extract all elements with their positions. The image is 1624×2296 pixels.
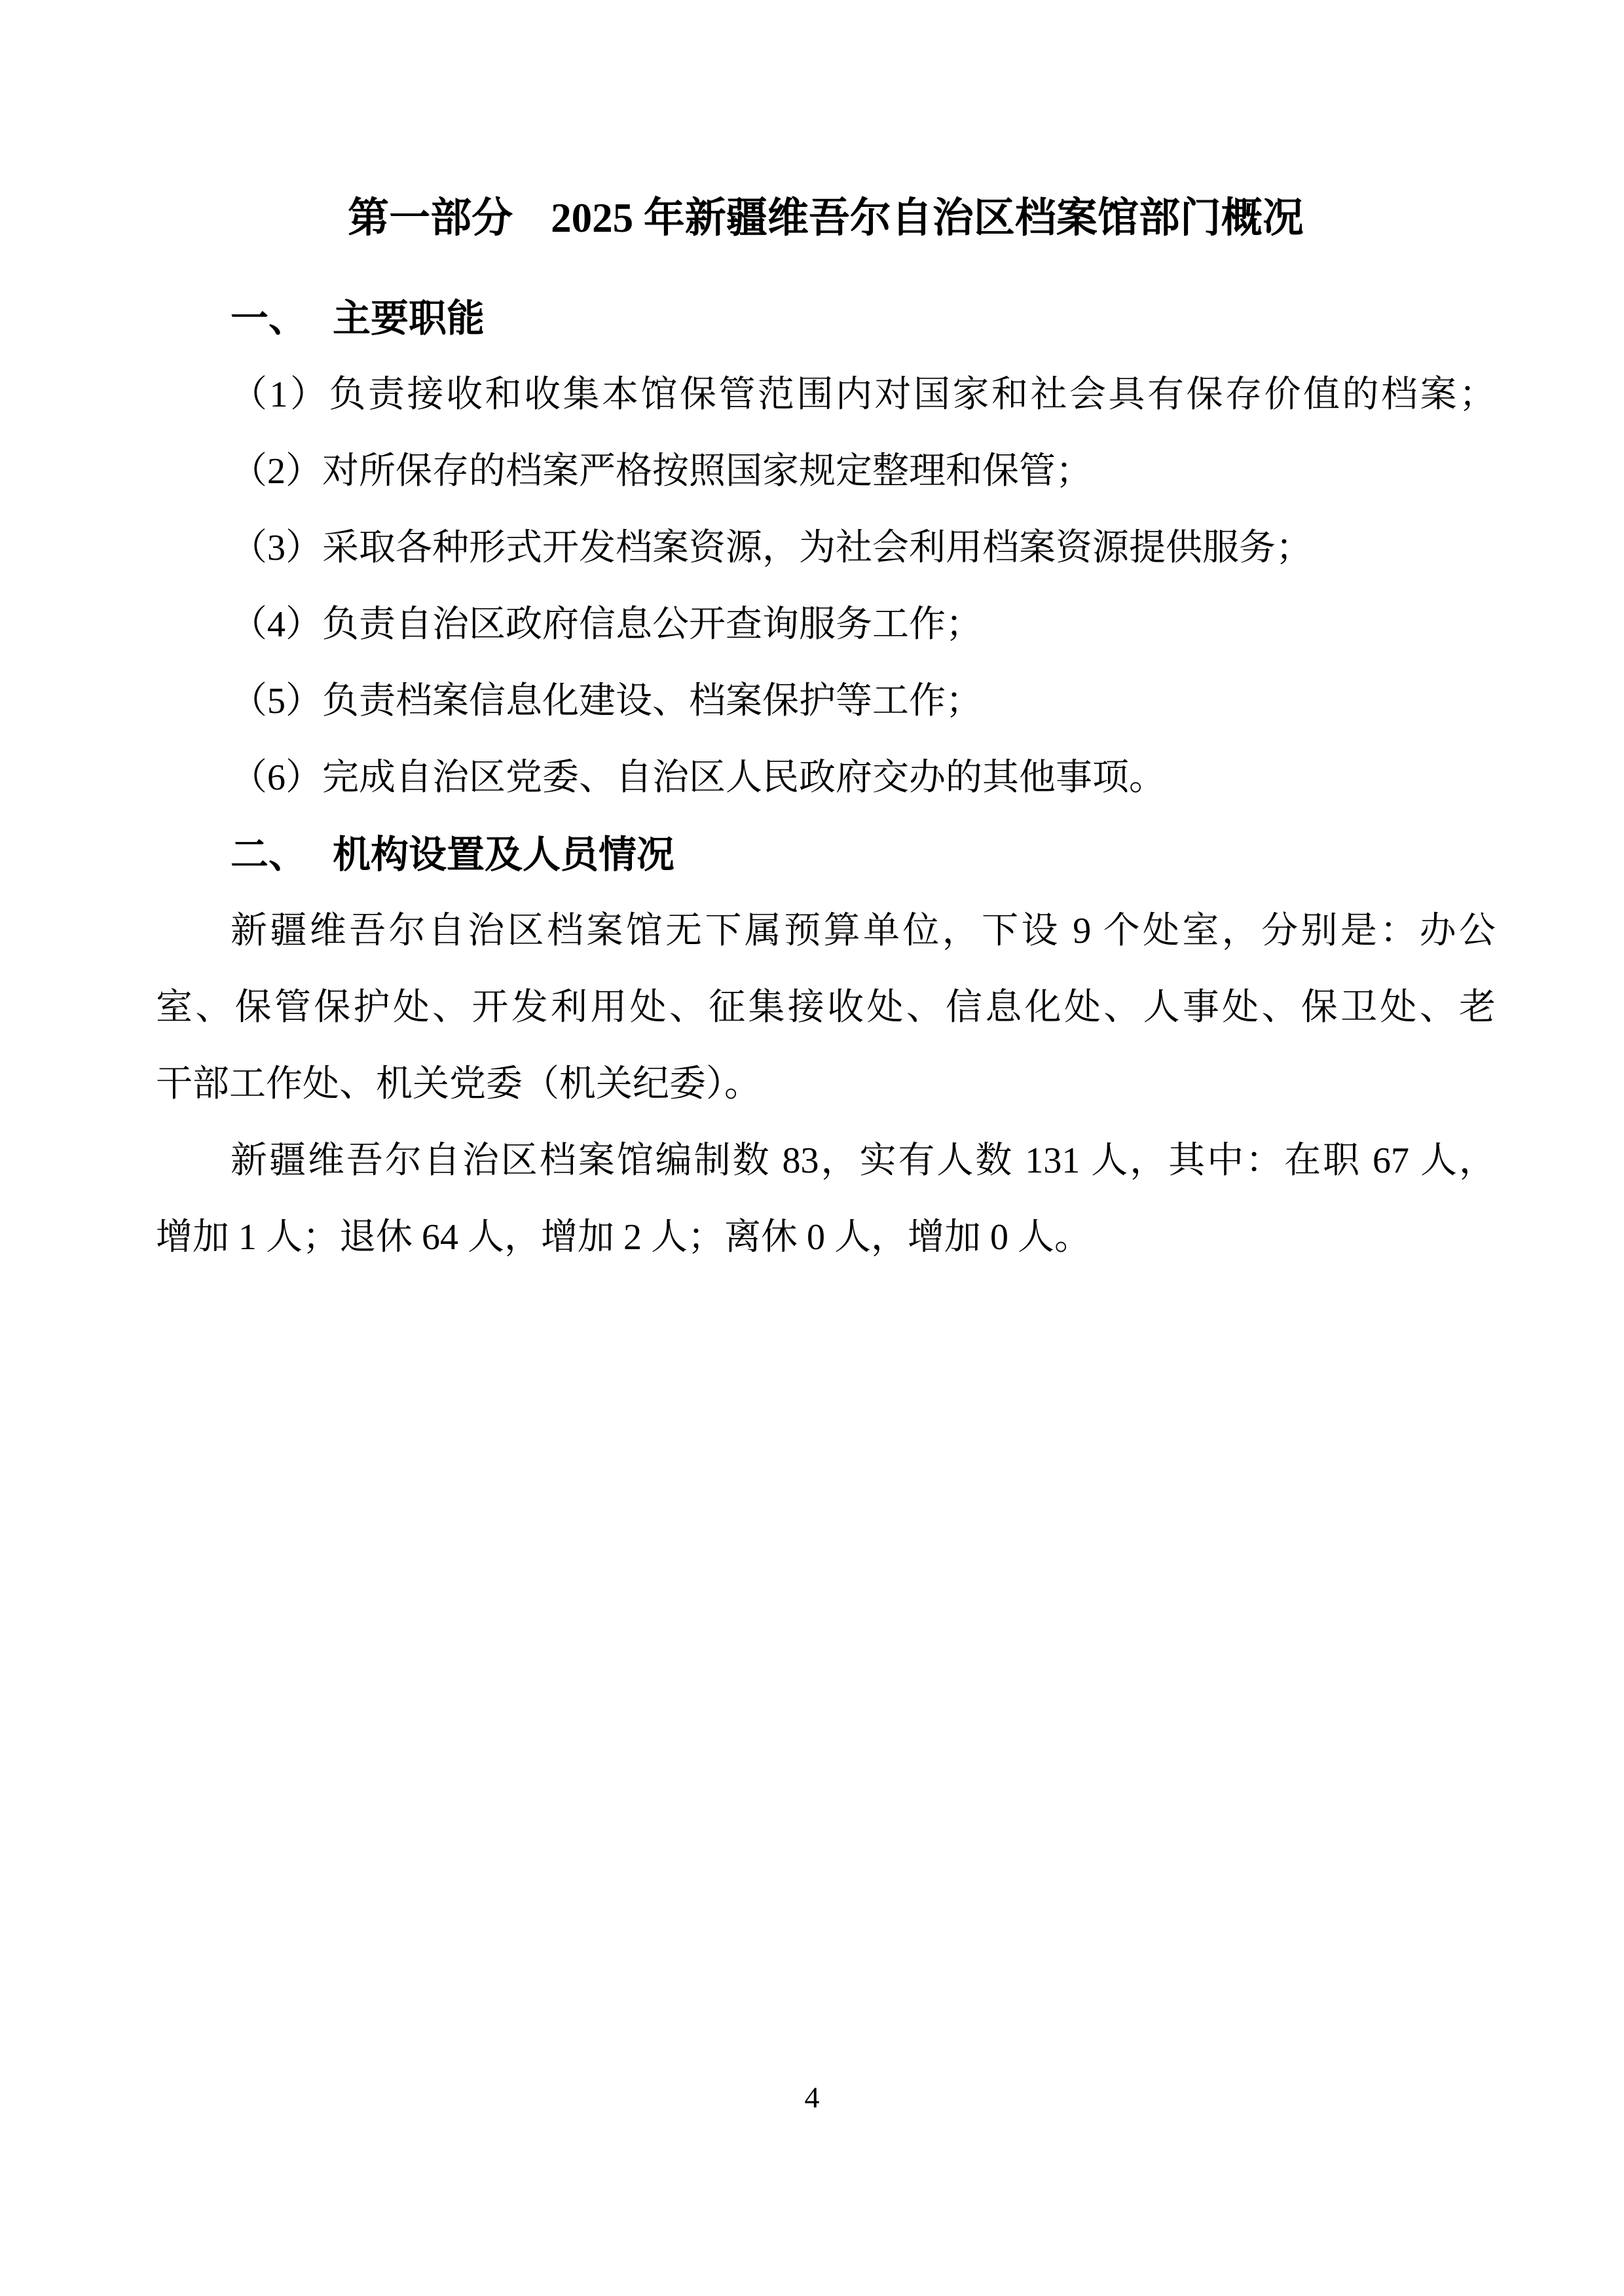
function-item-4: （4）负责自治区政府信息公开查询服务工作； — [156, 587, 1496, 663]
document-title: 第一部分2025 年新疆维吾尔自治区档案馆部门概况 — [156, 180, 1496, 257]
function-item-6: （6）完成自治区党委、自治区人民政府交办的其他事项。 — [156, 740, 1496, 816]
org-paragraph-line-2: 室、保管保护处、开发利用处、征集接收处、信息化处、人事处、保卫处、老 — [156, 970, 1496, 1046]
function-item-3: （3）采取各种形式开发档案资源，为社会利用档案资源提供服务； — [156, 510, 1496, 587]
section-2-title: 机构设置及人员情况 — [333, 833, 674, 876]
section-1-title: 主要职能 — [333, 297, 485, 340]
section-1-number: 一、 — [231, 297, 306, 340]
section-2-heading: 二、机构设置及人员情况 — [156, 816, 1496, 893]
title-main-text: 2025 年新疆维吾尔自治区档案馆部门概况 — [551, 195, 1304, 241]
org-paragraph-line-3: 干部工作处、机关党委（机关纪委）。 — [156, 1046, 1496, 1123]
page-footer: 4 — [0, 2074, 1624, 2121]
function-item-5: （5）负责档案信息化建设、档案保护等工作； — [156, 663, 1496, 740]
section-1-heading: 一、主要职能 — [156, 280, 1496, 357]
document-body: 一、主要职能 （1）负责接收和收集本馆保管范围内对国家和社会具有保存价值的档案；… — [156, 280, 1496, 1276]
staff-paragraph-line-1: 新疆维吾尔自治区档案馆编制数 83，实有人数 131 人，其中：在职 67 人， — [156, 1123, 1496, 1199]
section-2-number: 二、 — [231, 833, 306, 876]
org-paragraph-line-1: 新疆维吾尔自治区档案馆无下属预算单位，下设 9 个处室，分别是：办公 — [156, 893, 1496, 970]
title-part-label: 第一部分 — [348, 195, 513, 241]
staff-paragraph-line-2: 增加 1 人；退休 64 人，增加 2 人；离休 0 人，增加 0 人。 — [156, 1199, 1496, 1276]
document-page: 第一部分2025 年新疆维吾尔自治区档案馆部门概况 一、主要职能 （1）负责接收… — [0, 0, 1624, 2296]
page-number: 4 — [805, 2081, 820, 2114]
function-item-1: （1）负责接收和收集本馆保管范围内对国家和社会具有保存价值的档案； — [156, 357, 1496, 433]
function-item-2: （2）对所保存的档案严格按照国家规定整理和保管； — [156, 433, 1496, 510]
